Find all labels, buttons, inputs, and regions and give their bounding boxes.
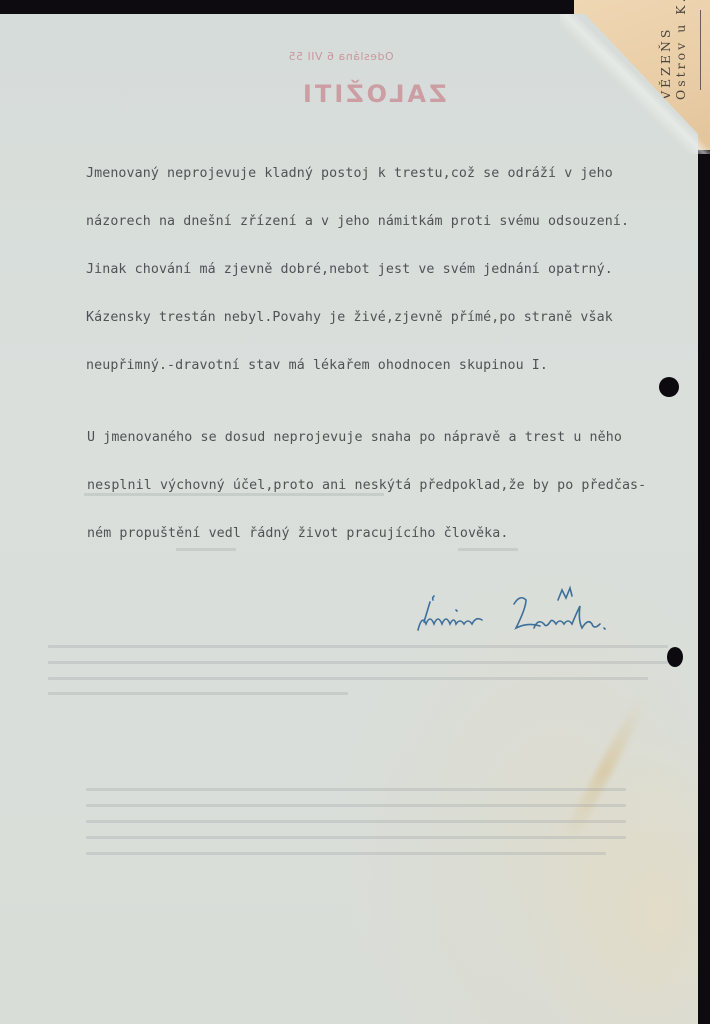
paragraph-2-line: ném propuštění vedl řádný život pracujíc… [87,526,646,542]
paragraph-1-line: neupřimný.-dravotní stav má lékařem ohod… [86,358,629,374]
paragraph-1-line: Kázensky trestán nebyl.Povahy je živé,zj… [86,310,629,326]
paragraph-2: U jmenovaného se dosud neprojevuje snaha… [87,398,646,558]
paragraph-1-line: názorech na dnešní zřízení a v jeho námi… [86,214,629,230]
paragraph-1-line: Jinak chování má zjevně dobré,nebot jest… [86,262,629,278]
paragraph-2-line: nesplnil výchovný účel,proto ani neskýtá… [87,478,646,494]
stamp-label: ZALOŽITI [300,80,446,108]
back-card-rule [700,10,701,90]
stamp-date: Odeslána 6 VII 55 [288,50,394,63]
paragraph-2-line: U jmenovaného se dosud neprojevuje snaha… [87,430,646,446]
back-card-line1: VĚZEŇS [658,27,673,100]
punch-hole [659,377,679,397]
back-card-header: VĚZEŇS Ostrov u K. [658,2,688,100]
signature [410,584,620,644]
paragraph-1: Jmenovaný neprojevuje kladný postoj k tr… [86,134,629,390]
back-card-line2: Ostrov u K. [673,0,688,100]
paragraph-1-line: Jmenovaný neprojevuje kladný postoj k tr… [86,166,629,182]
punch-hole [667,647,683,667]
